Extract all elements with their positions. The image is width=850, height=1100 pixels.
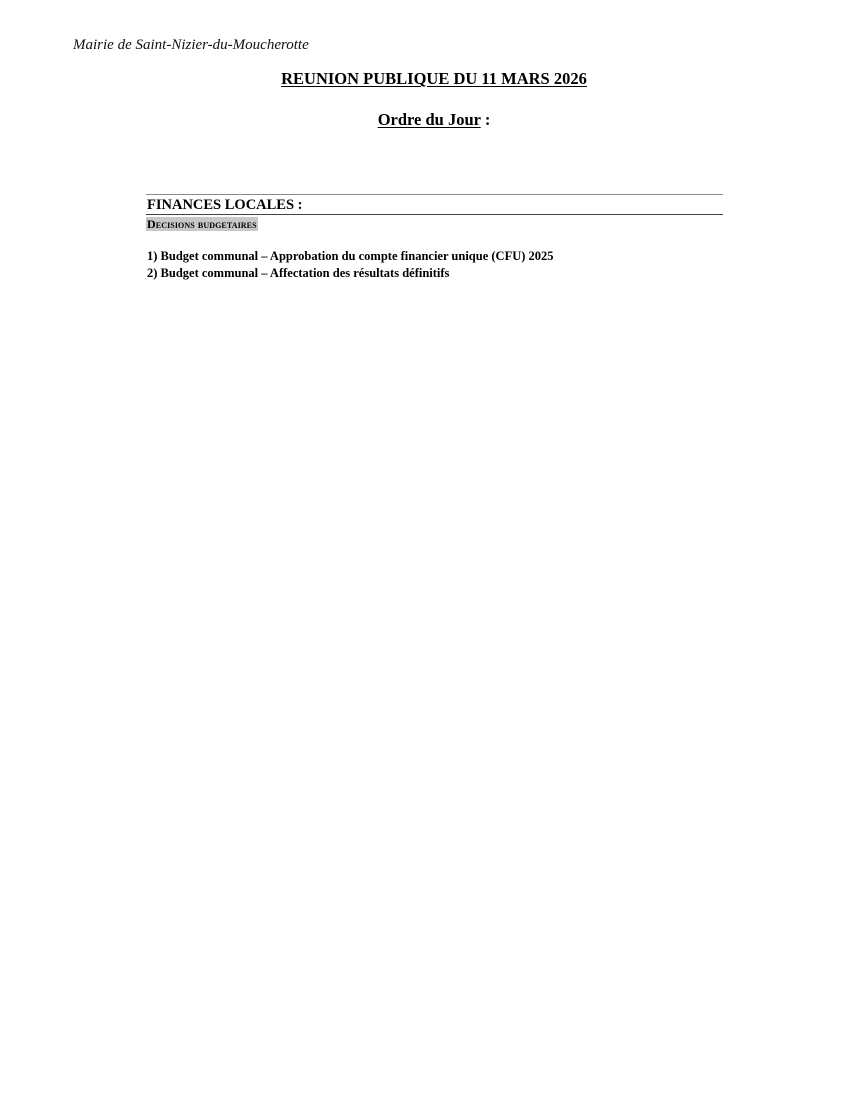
section-bottom-rule [146,214,723,215]
meeting-title-text: REUNION PUBLIQUE DU 11 MARS 2026 [281,69,587,88]
agenda-items: 1) Budget communal – Approbation du comp… [147,248,554,281]
agenda-heading-text: Ordre du Jour [378,110,481,129]
agenda-heading-colon: : [481,110,491,129]
agenda-item: 2) Budget communal – Affectation des rés… [147,265,554,282]
subsection-label: Decisions budgetaires [146,217,258,231]
meeting-title: REUNION PUBLIQUE DU 11 MARS 2026 [0,69,850,89]
section-title: FINANCES LOCALES : [146,195,723,214]
agenda-heading: Ordre du Jour : [0,110,850,130]
section-finances-locales: FINANCES LOCALES : Decisions budgetaires [146,194,723,233]
municipality-header: Mairie de Saint-Nizier-du-Moucherotte [73,37,309,54]
agenda-item: 1) Budget communal – Approbation du comp… [147,248,554,265]
